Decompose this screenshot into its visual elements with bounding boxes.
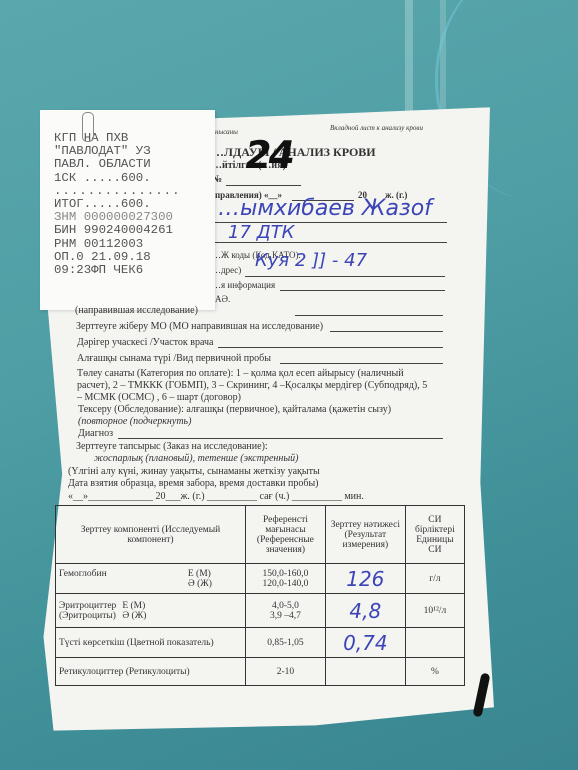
component-name: Эритроциттер (Эритроциты) [59, 601, 116, 621]
header-component: Зерттеу компоненті (Исследуемый компонен… [56, 506, 246, 564]
component-name: Гемоглобин [59, 569, 107, 579]
order-label-2: жоспарлық (плановый), тетенше (экстренны… [94, 453, 298, 464]
cell-reference: 4,0-5,0 3,9 –4,7 [245, 594, 325, 628]
ae-label: АӘ. [215, 294, 230, 304]
doctor-site-label: Дәрігер учаскесі /Участок врача [77, 337, 213, 348]
top-right-note: Вкладной лист к анализу крови [330, 124, 423, 132]
results-table: Зерттеу компоненті (Исследуемый компонен… [55, 505, 465, 686]
diagnosis-label: Диагноз [78, 428, 113, 439]
referral-org-line [295, 315, 443, 316]
payment-category-2: расчет), 2 – ТМККК (ГОБМП), 3 – Скрининг… [77, 380, 427, 391]
sample-type-line [280, 363, 443, 364]
sample-date-label-1: (Үлгіні алу күні, жинау уақыты, сынаманы… [68, 466, 320, 477]
order-label-1: Зерттеуге тапсырыс (Заказ на исследовани… [76, 441, 268, 452]
payment-category-1: Төлеу санаты (Категория по оплате): 1 – … [77, 368, 404, 379]
cell-result: 0,74 [325, 628, 405, 658]
cell-unit [405, 628, 464, 658]
cell-component: Түсті көрсеткіш (Цветной показатель) [56, 628, 246, 658]
handwritten-number: 24 [241, 133, 296, 177]
referral-mo-line [330, 331, 443, 332]
address-handwritten: Куя 2 ]] - 47 [255, 250, 367, 271]
header-reference: Референсті мағынасы (Референсные значени… [245, 506, 325, 564]
component-sex: Е (М) Ә (Ж) [122, 601, 146, 621]
patient-name-handwritten: …ымхибаев Жазоf [218, 196, 432, 221]
address-label: …дрес) [212, 265, 241, 275]
cell-unit: % [405, 658, 464, 686]
referral-org-label: (направившая исследование) [75, 305, 198, 316]
doctor-site-line [218, 347, 443, 348]
referral-mo-label: Зерттеуге жіберу МО (МО направившая на и… [76, 321, 323, 332]
header-result: Зерттеу нәтижесі (Результат измерения) [325, 506, 405, 564]
table-row: Түсті көрсеткіш (Цветной показатель) 0,8… [56, 628, 465, 658]
cell-unit: 10¹²/л [405, 594, 464, 628]
info-line [280, 290, 445, 291]
table-row: Ретикулоциттер (Ретикулоциты) 2-10 % [56, 658, 465, 686]
table-header-row: Зерттеу компоненті (Исследуемый компонен… [56, 506, 465, 564]
address-line [245, 276, 445, 277]
table-row: ГемоглобинЕ (М) Ә (Ж) 150,0-160,0 120,0-… [56, 564, 465, 594]
table-row: Эритроциттер (Эритроциты)Е (М) Ә (Ж) 4,0… [56, 594, 465, 628]
sample-date-label-2: Дата взятия образца, время забора, время… [68, 478, 319, 489]
number-line [226, 185, 301, 186]
sample-date-fields: «__»_____________ 20___ж. (г.) _________… [68, 491, 364, 502]
cell-result: 4,8 [325, 594, 405, 628]
cell-result [325, 658, 405, 686]
component-sex: Е (М) Ә (Ж) [188, 569, 212, 589]
form-title: …ЛДАУЫ / АНАЛИЗ КРОВИ [212, 145, 376, 160]
receipt-line: 1СК .....600. [54, 172, 215, 185]
header-unit: СИ бірліктері Единицы СИ [405, 506, 464, 564]
receipt-line: 09:23ФП ЧЕК6 [54, 264, 215, 277]
cell-reference: 150,0-160,0 120,0-140,0 [245, 564, 325, 594]
exam-type-1: Тексеру (Обследование): алғашқы (первичн… [78, 404, 391, 415]
payment-receipt: КГП НА ПХВ "ПАВЛОДАТ" УЗ ПАВЛ. ОБЛАСТИ 1… [40, 110, 215, 310]
cell-unit: г/л [405, 564, 464, 594]
info-label: …я информация [212, 280, 275, 290]
sample-type-label: Алғашқы сынама түрі /Вид первичной пробы [77, 353, 271, 364]
patient-age-handwritten: 17 ДТК [228, 222, 294, 243]
cell-reference: 0,85-1,05 [245, 628, 325, 658]
age-line [212, 242, 447, 243]
receipt-line: ПАВЛ. ОБЛАСТИ [54, 158, 215, 171]
payment-category-3: – МСМК (ОСМС) , 6 – шарт (договор) [77, 392, 241, 403]
diagnosis-line [118, 438, 443, 439]
cell-component: Эритроциттер (Эритроциты)Е (М) Ә (Ж) [56, 594, 246, 628]
background-reflection [405, 0, 413, 115]
paper-clip [82, 112, 94, 142]
top-left-note: нысаны [215, 128, 238, 136]
cell-component: ГемоглобинЕ (М) Ә (Ж) [56, 564, 246, 594]
cell-component: Ретикулоциттер (Ретикулоциты) [56, 658, 246, 686]
receipt-line: БИН 990240004261 [54, 224, 215, 237]
cell-result: 126 [325, 564, 405, 594]
exam-type-2: (повторное (подчеркнуть) [78, 416, 191, 427]
cell-reference: 2-10 [245, 658, 325, 686]
receipt-line: РНМ 00112003 [54, 238, 215, 251]
